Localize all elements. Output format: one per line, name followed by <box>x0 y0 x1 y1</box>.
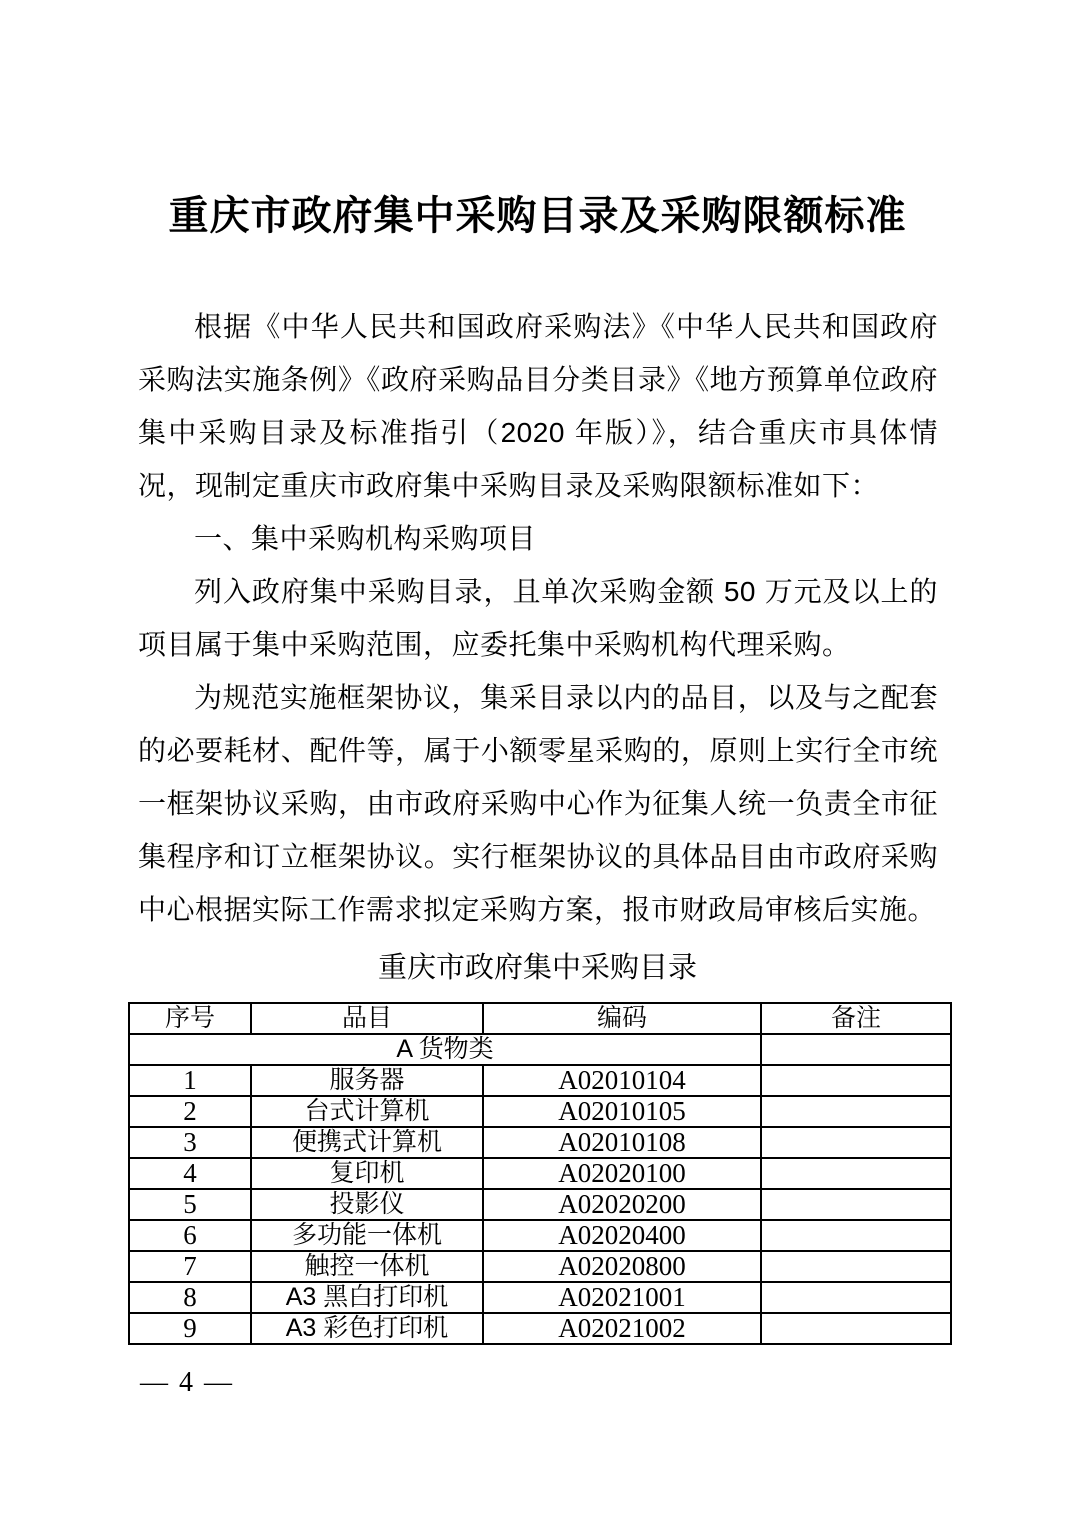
paragraph-intro: 根据《中华人民共和国政府采购法》《中华人民共和国政府采购法实施条例》《政府采购品… <box>138 300 938 512</box>
body-text-block: 根据《中华人民共和国政府采购法》《中华人民共和国政府采购法实施条例》《政府采购品… <box>138 300 938 936</box>
row-index-cell: 7 <box>129 1251 251 1282</box>
category-cell: A 货物类 <box>129 1034 761 1065</box>
row-remark-cell <box>761 1282 951 1313</box>
document-title: 重庆市政府集中采购目录及采购限额标准 <box>0 0 1075 240</box>
row-item-cell: 投影仪 <box>251 1189 483 1220</box>
table-row: 5 投影仪 A02020200 <box>129 1189 951 1220</box>
table-row: 4 复印机 A02020100 <box>129 1158 951 1189</box>
page-number: — 4 — <box>140 1367 1075 1399</box>
column-header-item: 品目 <box>251 1003 483 1034</box>
document-page: 重庆市政府集中采购目录及采购限额标准 根据《中华人民共和国政府采购法》《中华人民… <box>0 0 1075 1520</box>
row-remark-cell <box>761 1158 951 1189</box>
row-index-cell: 3 <box>129 1127 251 1158</box>
row-item-cell: 便携式计算机 <box>251 1127 483 1158</box>
table-row: 9 A3 彩色打印机 A02021002 <box>129 1313 951 1344</box>
paragraph-framework: 为规范实施框架协议，集采目录以内的品目，以及与之配套的必要耗材、配件等，属于小额… <box>138 671 938 936</box>
row-remark-cell <box>761 1251 951 1282</box>
procurement-catalog-table: 序号 品目 编码 备注 A 货物类 1 服务器 A02010104 2 台式计算… <box>128 1002 952 1345</box>
column-header-code: 编码 <box>483 1003 761 1034</box>
row-index-cell: 2 <box>129 1096 251 1127</box>
row-index-cell: 6 <box>129 1220 251 1251</box>
row-remark-cell <box>761 1127 951 1158</box>
row-code-cell: A02020200 <box>483 1189 761 1220</box>
row-index-cell: 4 <box>129 1158 251 1189</box>
table-title: 重庆市政府集中采购目录 <box>0 948 1075 988</box>
paragraph-scope: 列入政府集中采购目录，且单次采购金额 50 万元及以上的项目属于集中采购范围，应… <box>138 565 938 671</box>
row-code-cell: A02020100 <box>483 1158 761 1189</box>
table-row: 3 便携式计算机 A02010108 <box>129 1127 951 1158</box>
table-row: 2 台式计算机 A02010105 <box>129 1096 951 1127</box>
category-row: A 货物类 <box>129 1034 951 1065</box>
row-code-cell: A02020800 <box>483 1251 761 1282</box>
row-remark-cell <box>761 1313 951 1344</box>
row-item-cell: 复印机 <box>251 1158 483 1189</box>
row-remark-cell <box>761 1096 951 1127</box>
row-remark-cell <box>761 1065 951 1096</box>
row-item-cell: A3 黑白打印机 <box>251 1282 483 1313</box>
row-index-cell: 8 <box>129 1282 251 1313</box>
table-header-row: 序号 品目 编码 备注 <box>129 1003 951 1034</box>
row-remark-cell <box>761 1220 951 1251</box>
section-heading: 一、集中采购机构采购项目 <box>138 512 938 565</box>
row-code-cell: A02021002 <box>483 1313 761 1344</box>
row-item-cell: 服务器 <box>251 1065 483 1096</box>
row-code-cell: A02010108 <box>483 1127 761 1158</box>
category-remark-cell <box>761 1034 951 1065</box>
table-row: 1 服务器 A02010104 <box>129 1065 951 1096</box>
table-row: 6 多功能一体机 A02020400 <box>129 1220 951 1251</box>
row-code-cell: A02010105 <box>483 1096 761 1127</box>
column-header-remark: 备注 <box>761 1003 951 1034</box>
row-code-cell: A02010104 <box>483 1065 761 1096</box>
row-item-cell: 多功能一体机 <box>251 1220 483 1251</box>
row-item-cell: 触控一体机 <box>251 1251 483 1282</box>
table-row: 8 A3 黑白打印机 A02021001 <box>129 1282 951 1313</box>
row-code-cell: A02021001 <box>483 1282 761 1313</box>
row-index-cell: 9 <box>129 1313 251 1344</box>
row-code-cell: A02020400 <box>483 1220 761 1251</box>
row-remark-cell <box>761 1189 951 1220</box>
row-item-cell: A3 彩色打印机 <box>251 1313 483 1344</box>
table-row: 7 触控一体机 A02020800 <box>129 1251 951 1282</box>
row-index-cell: 5 <box>129 1189 251 1220</box>
column-header-index: 序号 <box>129 1003 251 1034</box>
row-index-cell: 1 <box>129 1065 251 1096</box>
row-item-cell: 台式计算机 <box>251 1096 483 1127</box>
